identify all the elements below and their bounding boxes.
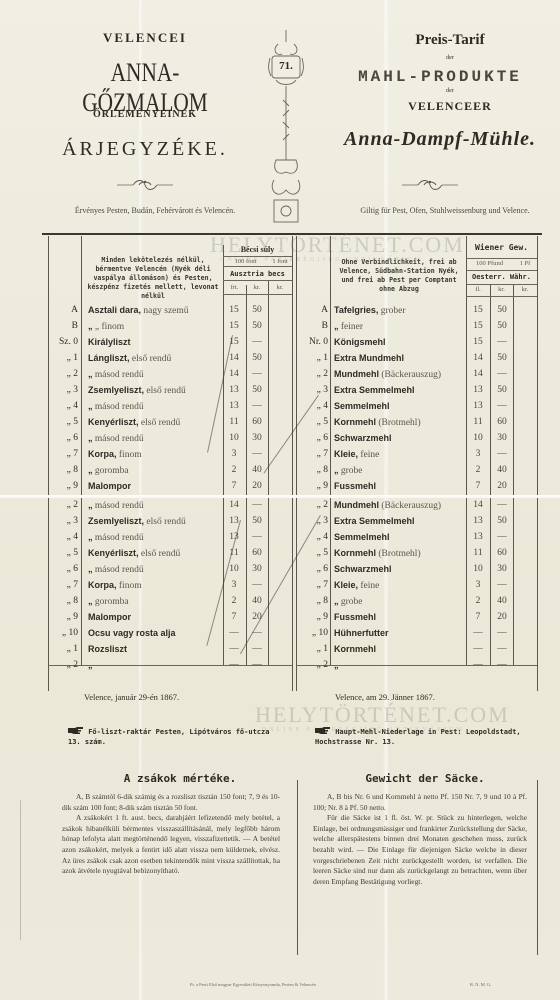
- product-title: „: [334, 465, 339, 475]
- header-rule: [466, 296, 537, 297]
- price-kreuzer: —: [491, 497, 513, 513]
- row-code: „ 2: [290, 497, 328, 513]
- product-title: Malompor: [88, 612, 131, 622]
- price-kreuzer: —: [491, 625, 513, 641]
- product-title: Zsemlyeliszt,: [88, 516, 144, 526]
- product-name: „: [334, 657, 339, 674]
- price-kreuzer: 60: [491, 414, 513, 430]
- price-florin: —: [468, 641, 488, 657]
- row-code: „ 7: [290, 446, 328, 462]
- right-condition-note: Ohne Verbindlichkeit, frei ab Velence, S…: [332, 258, 466, 294]
- product-desc: grobe: [341, 597, 363, 607]
- product-name: „ goromba: [88, 462, 129, 479]
- right-header-title: MAHL-PRODUKTE: [325, 68, 555, 86]
- table-border: [537, 780, 538, 955]
- row-code: „ 10: [290, 625, 328, 641]
- price-kreuzer: 30: [491, 561, 513, 577]
- row-code: „ 9: [290, 478, 328, 494]
- row-code: „ 5: [40, 545, 78, 561]
- price-florin: 13: [224, 382, 244, 398]
- header-rule: [223, 266, 292, 267]
- product-title: „: [88, 321, 93, 331]
- product-desc: grober: [381, 306, 406, 316]
- row-code: „ 9: [40, 478, 78, 494]
- product-title: Kenyérliszt,: [88, 548, 139, 558]
- product-desc: első rendű: [146, 386, 185, 396]
- row-code: „ 3: [40, 382, 78, 398]
- product-desc: másod rendű: [95, 565, 144, 575]
- price-florin: —: [224, 657, 244, 673]
- product-desc: finom: [119, 581, 142, 591]
- product-name: „ másod rendű: [88, 430, 144, 447]
- table-border: [81, 236, 82, 666]
- price-kreuzer: 50: [491, 382, 513, 398]
- watermark: HELYTÖRTÉNET.COM: [255, 702, 510, 728]
- product-title: Mundmehl: [334, 500, 379, 510]
- product-title: Extra Semmelmehl: [334, 516, 415, 526]
- price-florin: 14: [468, 366, 488, 382]
- product-name: Kornmehl (Brotmehl): [334, 545, 421, 562]
- table-border: [297, 780, 298, 955]
- product-name: Lángliszt, első rendű: [88, 350, 171, 367]
- left-col-kr: kr.: [246, 284, 268, 291]
- right-col-kr: kr.: [490, 286, 513, 293]
- product-name: „ feiner: [334, 318, 363, 335]
- product-desc: másod rendű: [95, 533, 144, 543]
- row-code: „ 7: [40, 577, 78, 593]
- price-kreuzer: 30: [491, 430, 513, 446]
- product-name: Királyliszt: [88, 334, 131, 351]
- product-desc: első rendű: [141, 549, 180, 559]
- row-code: „ 1: [40, 641, 78, 657]
- product-title: „: [334, 321, 339, 331]
- product-title: Hühnerfutter: [334, 628, 389, 638]
- row-code: B: [40, 318, 78, 334]
- price-florin: 13: [468, 382, 488, 398]
- price-kreuzer: 50: [246, 382, 268, 398]
- row-code: Sz. 0: [40, 334, 78, 350]
- price-kreuzer: —: [246, 398, 268, 414]
- row-code: „ 4: [40, 529, 78, 545]
- price-florin: 14: [468, 497, 488, 513]
- product-name: „: [88, 657, 93, 674]
- product-name: Malompor: [88, 478, 131, 495]
- product-desc: (Bäckerauszug): [381, 370, 441, 380]
- product-title: Semmelmehl: [334, 532, 390, 542]
- price-kreuzer: —: [246, 577, 268, 593]
- watermark: HELYTÖRTÉNET.COM: [210, 232, 465, 258]
- product-name: Fussmehl: [334, 609, 376, 626]
- price-florin: 15: [468, 318, 488, 334]
- price-florin: 11: [224, 545, 244, 561]
- price-florin: 15: [468, 302, 488, 318]
- fold-line: [20, 800, 21, 940]
- price-florin: 15: [224, 318, 244, 334]
- product-title: Königsmehl: [334, 337, 386, 347]
- price-florin: 13: [224, 398, 244, 414]
- row-code: „ 8: [290, 462, 328, 478]
- left-date: Velence, január 29-én 1867.: [84, 692, 284, 702]
- product-title: „: [88, 369, 93, 379]
- product-desc: finom: [119, 450, 142, 460]
- right-header-line1: Preis-Tarif: [360, 32, 540, 49]
- product-title: „: [88, 465, 93, 475]
- price-kreuzer: —: [491, 657, 513, 673]
- product-title: „: [88, 401, 93, 411]
- price-florin: 13: [468, 513, 488, 529]
- right-currency-header: Oesterr. Währ.: [466, 273, 537, 281]
- product-title: Korpa,: [88, 449, 117, 459]
- header-rule: [466, 270, 537, 271]
- product-title: Extra Mundmehl: [334, 353, 404, 363]
- right-weight-sub1: 100 Pfund: [466, 260, 513, 267]
- product-title: Kleie,: [334, 580, 358, 590]
- product-name: Korpa, finom: [88, 446, 142, 463]
- row-code: „ 9: [40, 609, 78, 625]
- price-florin: 2: [468, 462, 488, 478]
- table-border: [537, 236, 538, 691]
- price-florin: 7: [224, 609, 244, 625]
- price-florin: 2: [468, 593, 488, 609]
- product-name: Zsemlyeliszt, első rendű: [88, 513, 186, 530]
- price-kreuzer: 60: [246, 414, 268, 430]
- product-desc: grobe: [341, 466, 363, 476]
- product-name: Schwarzmehl: [334, 561, 392, 578]
- row-code: „ 2: [290, 657, 328, 673]
- product-name: Semmelmehl: [334, 398, 390, 415]
- table-border: [268, 280, 269, 665]
- product-title: „: [88, 500, 93, 510]
- product-title: „: [88, 433, 93, 443]
- price-kreuzer: —: [491, 529, 513, 545]
- product-name: Kornmehl: [334, 641, 376, 658]
- product-desc: feine: [360, 450, 379, 460]
- price-florin: —: [468, 625, 488, 641]
- row-code: „ 6: [40, 561, 78, 577]
- price-kreuzer: 20: [246, 478, 268, 494]
- price-kreuzer: —: [491, 366, 513, 382]
- product-name: Schwarzmehl: [334, 430, 392, 447]
- table-border: [330, 236, 331, 666]
- price-kreuzer: 50: [491, 302, 513, 318]
- row-code: „ 5: [40, 414, 78, 430]
- price-kreuzer: —: [246, 446, 268, 462]
- pointing-hand-icon: [68, 727, 84, 734]
- product-desc: feiner: [341, 322, 363, 332]
- product-title: Schwarzmehl: [334, 433, 392, 443]
- left-header-line4: ÁRJEGYZÉKE.: [40, 138, 250, 161]
- row-code: „ 2: [40, 497, 78, 513]
- price-kreuzer: 40: [246, 593, 268, 609]
- product-name: Kleie, feine: [334, 446, 379, 463]
- product-title: Kenyérliszt,: [88, 417, 139, 427]
- row-code: „ 4: [40, 398, 78, 414]
- price-kreuzer: 30: [246, 561, 268, 577]
- product-desc: goromba: [95, 466, 129, 476]
- pointing-hand-icon: [315, 727, 331, 734]
- price-florin: 15: [224, 334, 244, 350]
- price-kreuzer: —: [246, 657, 268, 673]
- price-florin: 15: [468, 334, 488, 350]
- price-kreuzer: 20: [491, 609, 513, 625]
- right-sacks-title: Gewicht der Säcke.: [315, 772, 535, 785]
- row-code: „ 10: [40, 625, 78, 641]
- row-code: „ 3: [40, 513, 78, 529]
- product-title: Malompor: [88, 481, 131, 491]
- price-kreuzer: 60: [491, 545, 513, 561]
- product-desc: másod rendű: [95, 402, 144, 412]
- product-name: Königsmehl: [334, 334, 386, 351]
- product-name: Mundmehl (Bäckerauszug): [334, 366, 441, 383]
- row-code: „ 6: [290, 430, 328, 446]
- price-florin: 11: [224, 414, 244, 430]
- price-florin: 13: [468, 529, 488, 545]
- product-desc: első rendű: [146, 517, 185, 527]
- product-name: Kenyérliszt, első rendű: [88, 545, 180, 562]
- product-name: Rozsliszt: [88, 641, 127, 658]
- product-desc: (Bäckerauszug): [381, 501, 441, 511]
- product-title: Korpa,: [88, 580, 117, 590]
- right-warehouse-note: Haupt-Mehl-Niederlage in Pest: Leopoldst…: [315, 727, 535, 747]
- price-kreuzer: —: [246, 334, 268, 350]
- product-desc: első rendű: [132, 354, 171, 364]
- product-name: Mundmehl (Bäckerauszug): [334, 497, 441, 514]
- price-florin: 14: [224, 366, 244, 382]
- price-florin: 14: [224, 497, 244, 513]
- product-name: Kleie, feine: [334, 577, 379, 594]
- table-border: [466, 236, 467, 666]
- row-code: „ 7: [40, 446, 78, 462]
- price-kreuzer: 40: [491, 593, 513, 609]
- price-florin: —: [224, 625, 244, 641]
- product-title: Kornmehl: [334, 417, 376, 427]
- product-name: Extra Semmelmehl: [334, 513, 415, 530]
- product-desc: első rendű: [141, 418, 180, 428]
- product-desc: goromba: [95, 597, 129, 607]
- price-kreuzer: 30: [246, 430, 268, 446]
- right-weight-sub2: 1 Pf: [513, 260, 537, 267]
- product-name: „ másod rendű: [88, 561, 144, 578]
- product-title: Rozsliszt: [88, 644, 127, 654]
- row-code: „ 9: [290, 609, 328, 625]
- right-header-line3: VELENCEER: [360, 99, 540, 114]
- row-code: „ 1: [290, 641, 328, 657]
- row-code: A: [40, 302, 78, 318]
- price-florin: —: [468, 657, 488, 673]
- product-name: Ocsu vagy rosta alja: [88, 625, 176, 642]
- price-kreuzer: —: [491, 398, 513, 414]
- product-name: Kornmehl (Brotmehl): [334, 414, 421, 431]
- right-header-der1: der: [360, 55, 540, 61]
- product-name: „ másod rendű: [88, 398, 144, 415]
- price-florin: 10: [224, 430, 244, 446]
- row-code: „ 3: [290, 513, 328, 529]
- product-title: Kleie,: [334, 449, 358, 459]
- product-name: Zsemlyeliszt, első rendű: [88, 382, 186, 399]
- left-header-line3: ŐRLEMÉNYEINEK: [40, 109, 250, 120]
- price-kreuzer: 20: [491, 478, 513, 494]
- product-title: „: [334, 660, 339, 670]
- price-kreuzer: 50: [246, 302, 268, 318]
- product-name: Kenyérliszt, első rendű: [88, 414, 180, 431]
- left-sacks-title: A zsákok mértéke.: [70, 772, 290, 785]
- product-title: „: [88, 596, 93, 606]
- row-code: „ 8: [40, 593, 78, 609]
- product-name: „ grobe: [334, 462, 363, 479]
- header-rule: [466, 284, 537, 285]
- price-kreuzer: —: [246, 529, 268, 545]
- product-name: Hühnerfutter: [334, 625, 389, 642]
- watermark-subtext: ONLINE PAPÍRRÉGISÉG ANTIKVÁRIUM: [220, 257, 423, 263]
- product-desc: (Brotmehl): [378, 549, 420, 559]
- right-col-kr2: kr.: [513, 286, 537, 293]
- left-col-kr2: kr.: [268, 284, 292, 291]
- product-name: Malompor: [88, 609, 131, 626]
- product-name: „ másod rendű: [88, 366, 144, 383]
- product-title: „: [88, 660, 93, 670]
- price-kreuzer: —: [246, 641, 268, 657]
- price-kreuzer: 50: [246, 513, 268, 529]
- price-kreuzer: —: [246, 366, 268, 382]
- price-kreuzer: 50: [491, 513, 513, 529]
- left-col-fl: frt.: [223, 284, 246, 291]
- left-header-line1: VELENCEI: [40, 30, 250, 46]
- right-weight-header: Wiener Gew.: [466, 243, 537, 252]
- product-name: „ grobe: [334, 593, 363, 610]
- printer-imprint: Pr. a Pesti Első magyar Egyesületi Könyv…: [190, 982, 370, 987]
- row-code: A: [290, 302, 328, 318]
- product-title: Királyliszt: [88, 337, 131, 347]
- price-florin: 3: [224, 577, 244, 593]
- price-kreuzer: —: [491, 641, 513, 657]
- row-code: „ 6: [290, 561, 328, 577]
- product-name: Fussmehl: [334, 478, 376, 495]
- price-florin: 2: [224, 462, 244, 478]
- price-florin: 11: [468, 545, 488, 561]
- left-condition-note: Minden lekötelezés nélkül, bérmentve Vel…: [84, 256, 222, 301]
- row-code: „ 2: [290, 366, 328, 382]
- footer-code: R. N. M. G.: [470, 982, 510, 987]
- product-title: Mundmehl: [334, 369, 379, 379]
- right-header-der2: der: [360, 88, 540, 94]
- price-kreuzer: —: [491, 446, 513, 462]
- price-florin: 3: [224, 446, 244, 462]
- price-florin: 11: [468, 414, 488, 430]
- price-kreuzer: 50: [491, 350, 513, 366]
- product-title: Zsemlyeliszt,: [88, 385, 144, 395]
- product-desc: másod rendű: [95, 501, 144, 511]
- row-code: „ 1: [40, 350, 78, 366]
- product-title: Semmelmehl: [334, 401, 390, 411]
- price-kreuzer: 50: [246, 350, 268, 366]
- product-name: Tafelgries, grober: [334, 302, 406, 319]
- row-code: „ 2: [40, 366, 78, 382]
- product-desc: (Brotmehl): [378, 418, 420, 428]
- product-title: „: [334, 596, 339, 606]
- table-border: [513, 285, 514, 665]
- price-florin: 14: [468, 350, 488, 366]
- price-florin: 3: [468, 577, 488, 593]
- product-name: Asztali dara, nagy szemű: [88, 302, 189, 319]
- price-kreuzer: 40: [491, 462, 513, 478]
- header-rule: [466, 258, 537, 259]
- product-title: Asztali dara,: [88, 305, 141, 315]
- price-florin: 13: [468, 398, 488, 414]
- product-title: „: [88, 564, 93, 574]
- price-kreuzer: —: [246, 497, 268, 513]
- product-title: Schwarzmehl: [334, 564, 392, 574]
- price-kreuzer: —: [491, 334, 513, 350]
- product-desc: másod rendű: [95, 434, 144, 444]
- product-desc: „ finom: [95, 322, 124, 332]
- left-currency-header: Ausztria becs: [223, 270, 292, 278]
- product-name: „ másod rendű: [88, 529, 144, 546]
- product-title: Fussmehl: [334, 612, 376, 622]
- price-florin: 7: [224, 478, 244, 494]
- price-kreuzer: —: [491, 577, 513, 593]
- price-kreuzer: 50: [246, 318, 268, 334]
- product-title: Extra Semmelmehl: [334, 385, 415, 395]
- right-sacks-text: A, B bis Nr. 6 und Kornmehl à netto Pf. …: [313, 792, 527, 887]
- product-name: Extra Mundmehl: [334, 350, 404, 367]
- product-name: „ másod rendű: [88, 497, 144, 514]
- row-code: „ 8: [40, 462, 78, 478]
- price-florin: 10: [468, 430, 488, 446]
- product-desc: nagy szemű: [143, 306, 188, 316]
- left-validity-note: Érvényes Pesten, Budán, Fehérvárott és V…: [40, 206, 270, 215]
- row-code: „ 8: [290, 593, 328, 609]
- product-name: Korpa, finom: [88, 577, 142, 594]
- left-sacks-text: A, B számtól 6-dik számig és a rozsliszt…: [62, 792, 280, 877]
- header-rule: [223, 294, 292, 295]
- price-florin: 15: [224, 302, 244, 318]
- row-code: „ 2: [40, 657, 78, 673]
- row-code: „ 6: [40, 430, 78, 446]
- product-title: „: [88, 532, 93, 542]
- price-florin: 7: [468, 478, 488, 494]
- price-florin: 3: [468, 446, 488, 462]
- row-code: „ 3: [290, 382, 328, 398]
- flourish-icon: [115, 178, 175, 192]
- price-florin: 7: [468, 609, 488, 625]
- price-florin: —: [224, 641, 244, 657]
- price-florin: 13: [224, 513, 244, 529]
- left-warehouse-note: Fő-liszt-raktár Pesten, Lipótváros fő-ut…: [68, 727, 280, 747]
- ornament-number: 71.: [270, 60, 302, 72]
- header-rule: [223, 280, 292, 281]
- product-title: Tafelgries,: [334, 305, 378, 315]
- row-code: „ 7: [290, 577, 328, 593]
- product-desc: másod rendű: [95, 370, 144, 380]
- price-kreuzer: 60: [246, 545, 268, 561]
- flourish-icon: [400, 178, 460, 192]
- document-page: VELENCEI ANNA-GŐZMALOM ŐRLEMÉNYEINEK ÁRJ…: [0, 0, 560, 1000]
- right-col-fl: fl.: [466, 286, 490, 293]
- product-title: Fussmehl: [334, 481, 376, 491]
- product-desc: feine: [360, 581, 379, 591]
- product-title: Lángliszt,: [88, 353, 130, 363]
- price-kreuzer: 50: [491, 318, 513, 334]
- row-code: B: [290, 318, 328, 334]
- right-date: Velence, am 29. Jänner 1867.: [335, 692, 535, 702]
- price-florin: 2: [224, 593, 244, 609]
- row-code: Nr. 0: [290, 334, 328, 350]
- product-name: „ goromba: [88, 593, 129, 610]
- product-title: Kornmehl: [334, 548, 376, 558]
- product-title: Kornmehl: [334, 644, 376, 654]
- product-title: Ocsu vagy rosta alja: [88, 628, 176, 638]
- price-florin: 10: [468, 561, 488, 577]
